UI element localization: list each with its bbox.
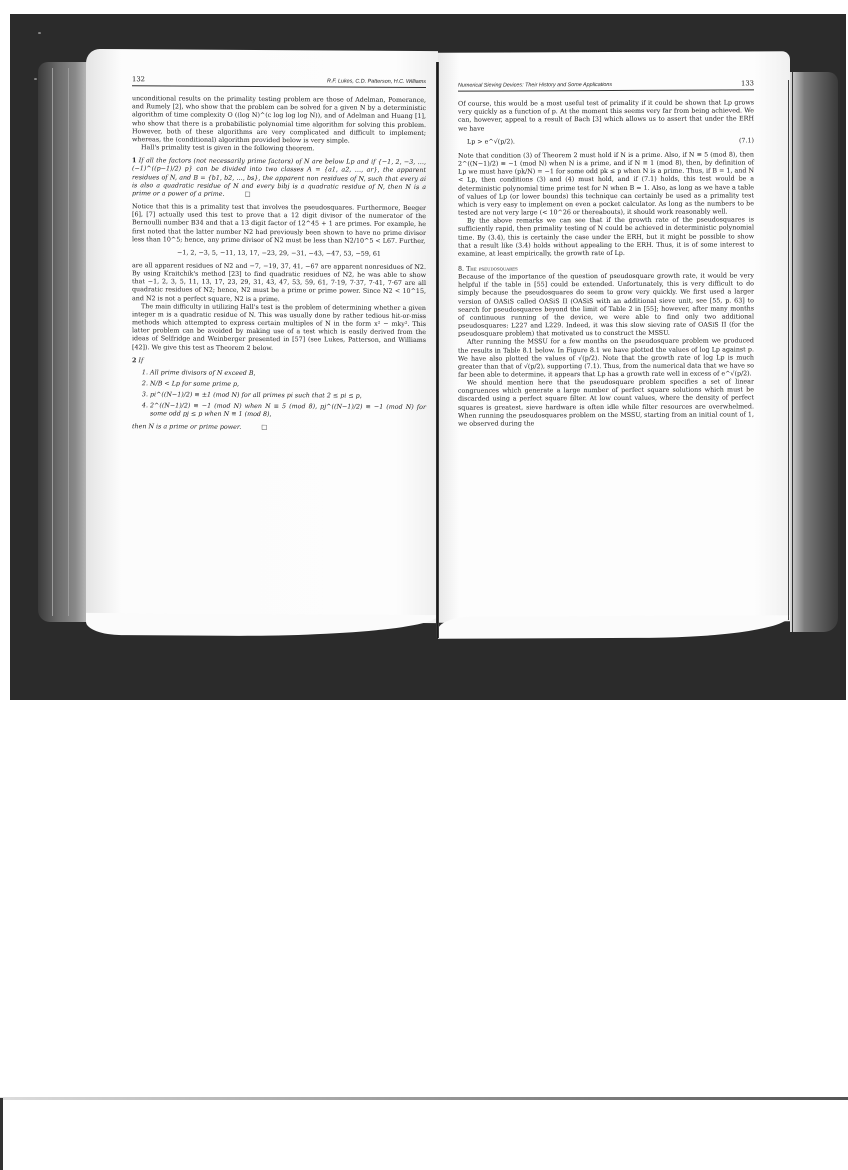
paragraph-filter: We should mention here that the pseudosq… bbox=[458, 379, 754, 429]
theorem-2: 2 If bbox=[132, 357, 426, 367]
right-page-stack-edge bbox=[790, 72, 838, 632]
paragraph-condition: Note that condition (3) of Theorem 2 mus… bbox=[458, 151, 754, 218]
left-running-head: 132 R.F. Lukes, C.D. Patterson, H.C. Wil… bbox=[132, 75, 426, 88]
theorem-text: If all the factors (not necessarily prim… bbox=[132, 157, 426, 197]
scanner-lid-shadow bbox=[0, 1097, 848, 1100]
paragraph-difficulty: The main difficulty in utilizing Hall's … bbox=[132, 303, 426, 354]
conclusion-text: then N is a prime or prime power. bbox=[132, 423, 241, 431]
theorem-2-conclusion: then N is a prime or prime power. □ bbox=[132, 423, 426, 433]
right-page-content: Numerical Sieving Devices: Their History… bbox=[458, 79, 754, 428]
running-head-title: Numerical Sieving Devices: Their History… bbox=[458, 81, 612, 90]
condition-item: All prime divisors of N exceed B, bbox=[150, 369, 426, 379]
running-head-authors: R.F. Lukes, C.D. Patterson, H.C. William… bbox=[327, 77, 426, 86]
theorem-intro: If bbox=[138, 357, 143, 364]
paragraph-oasis: Because of the importance of the questio… bbox=[458, 273, 754, 340]
left-page-content: 132 R.F. Lukes, C.D. Patterson, H.C. Wil… bbox=[132, 75, 426, 433]
book-gutter bbox=[436, 62, 439, 638]
theorem-number: 1 bbox=[132, 157, 136, 164]
qed-icon: □ bbox=[245, 191, 251, 198]
equation-label: (7.1) bbox=[739, 137, 754, 145]
right-page-edge-line bbox=[788, 80, 789, 620]
equation-body: Lp > e^√(p/2). bbox=[467, 138, 515, 146]
theorem-2-conditions: All prime divisors of N exceed B, N/B < … bbox=[132, 369, 426, 421]
dust-speck bbox=[38, 32, 41, 34]
condition-item: pi^((N−1)/2) ≡ ±1 (mod N) for all primes… bbox=[150, 391, 426, 401]
left-page-stack-edge bbox=[38, 62, 88, 622]
condition-item: 2^((N−1)/2) ≡ −1 (mod N) when N ≡ 5 (mod… bbox=[150, 403, 426, 421]
right-page: Numerical Sieving Devices: Their History… bbox=[438, 51, 790, 623]
paragraph-beeger: Notice that this is a primality test tha… bbox=[132, 203, 426, 246]
scanner-edge bbox=[0, 1098, 3, 1170]
right-running-head: Numerical Sieving Devices: Their History… bbox=[458, 79, 754, 91]
dust-speck bbox=[34, 78, 37, 80]
paragraph-unconditional: unconditional results on the primality t… bbox=[132, 95, 426, 146]
page-number: 132 bbox=[132, 75, 145, 83]
paragraph-hall-intro: Hall's primality test is given in the fo… bbox=[132, 144, 426, 154]
display-residues: −1, 2, −3, 5, −11, 13, 17, −23, 29, −31,… bbox=[132, 249, 426, 259]
condition-item: N/B < Lp for some prime p, bbox=[150, 380, 426, 390]
page-number: 133 bbox=[741, 79, 754, 87]
paragraph-kraitchik: are all apparent residues of N2 and −7, … bbox=[132, 262, 426, 305]
qed-icon: □ bbox=[261, 424, 267, 431]
paragraph-bach: Of course, this would be a most useful t… bbox=[458, 100, 754, 134]
theorem-number: 2 bbox=[132, 357, 136, 364]
left-page: 132 R.F. Lukes, C.D. Patterson, H.C. Wil… bbox=[86, 49, 438, 623]
equation-7-1: Lp > e^√(p/2). (7.1) bbox=[467, 137, 754, 146]
theorem-1: 1 If all the factors (not necessarily pr… bbox=[132, 157, 426, 200]
paragraph-mssu: After running the MSSU for a few months … bbox=[458, 338, 754, 380]
paragraph-growth: By the above remarks we can see that if … bbox=[458, 217, 754, 259]
